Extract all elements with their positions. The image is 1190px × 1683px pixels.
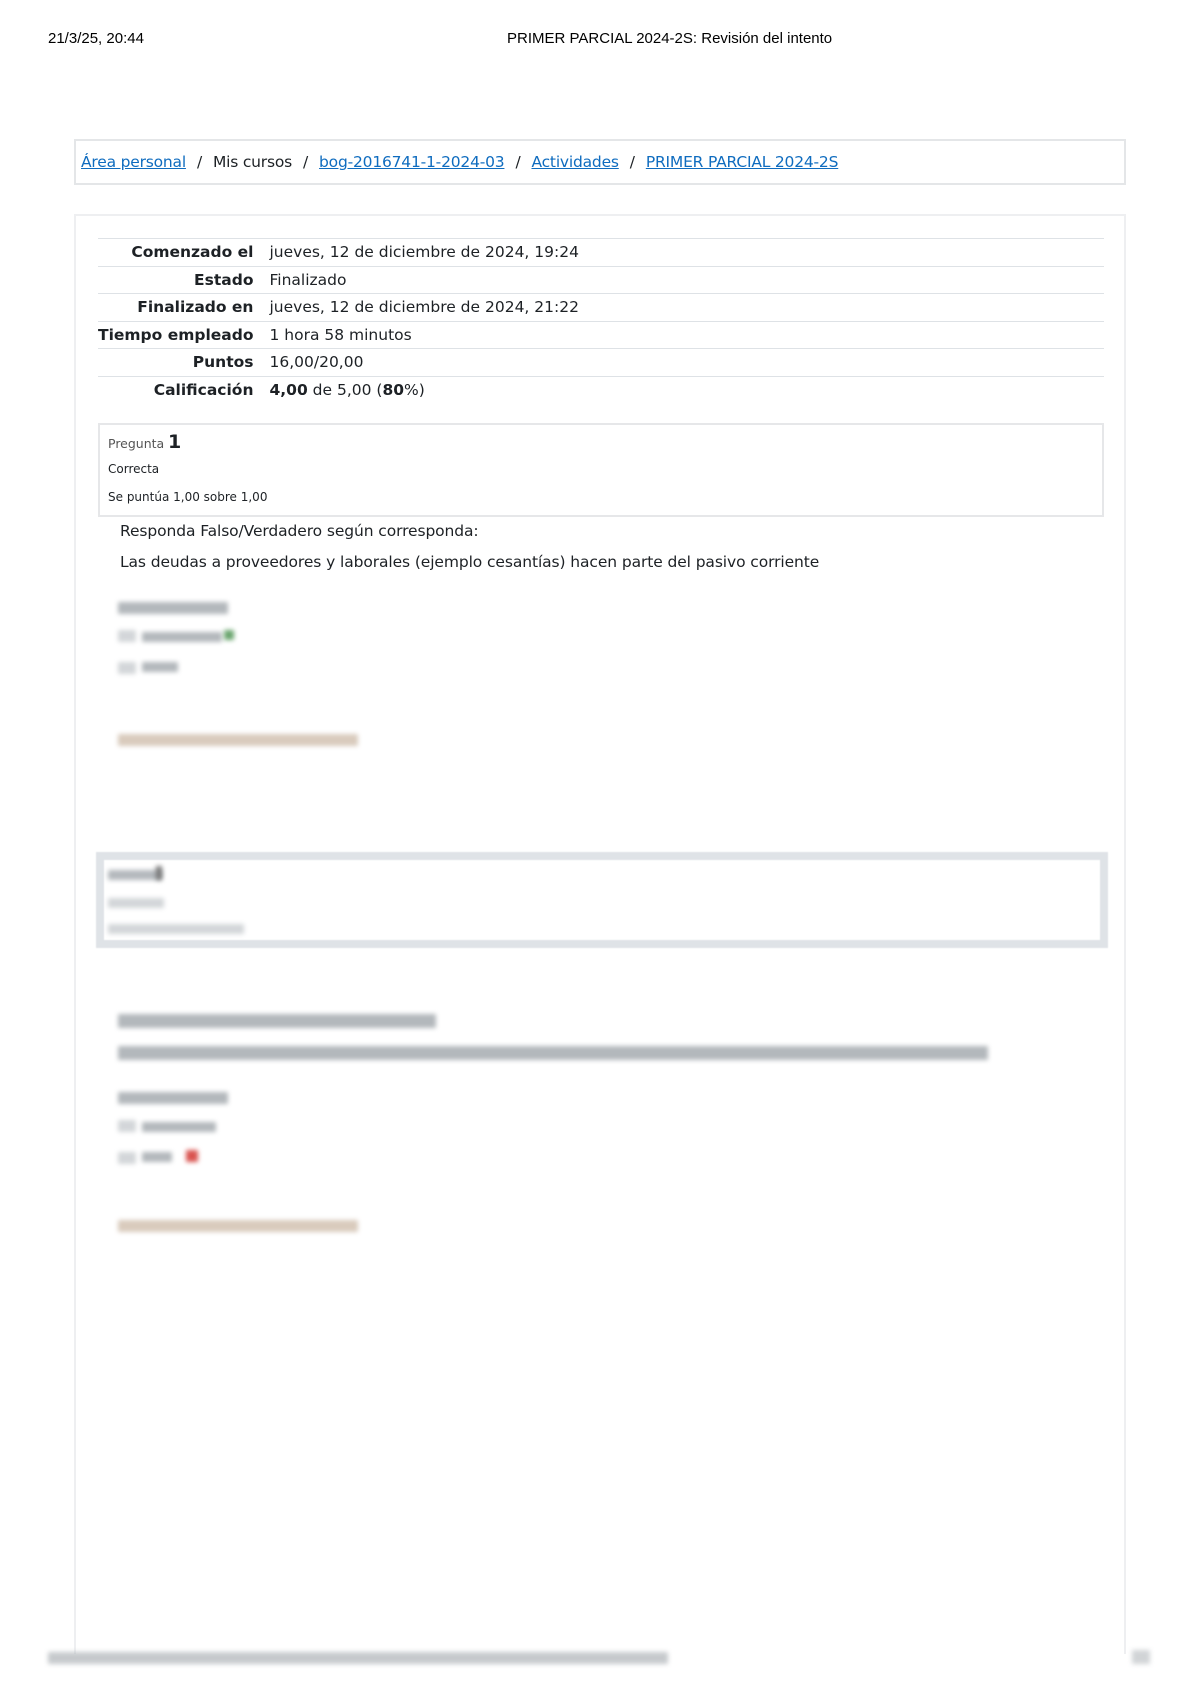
question-number: 1 — [168, 431, 181, 453]
summary-label: Estado — [98, 266, 269, 294]
radio-option-true[interactable] — [118, 630, 136, 642]
breadcrumb-mis-cursos: Mis cursos — [213, 153, 292, 171]
redacted-option-true-label — [142, 632, 222, 642]
print-header: 21/3/25, 20:44 PRIMER PARCIAL 2024-2S: R… — [0, 30, 1190, 50]
redacted-page-number — [1132, 1650, 1150, 1664]
correct-check-icon — [224, 630, 234, 640]
print-page-title: PRIMER PARCIAL 2024-2S: Revisión del int… — [507, 30, 832, 47]
question-score: Se puntúa 1,00 sobre 1,00 — [108, 490, 1102, 504]
attempt-summary-table: Comenzado el jueves, 12 de diciembre de … — [98, 238, 1104, 404]
print-datetime: 21/3/25, 20:44 — [48, 30, 144, 47]
summary-value: 16,00/20,00 — [269, 349, 1104, 377]
breadcrumb-quiz[interactable]: PRIMER PARCIAL 2024-2S — [646, 153, 838, 171]
summary-row-time-taken: Tiempo empleado 1 hora 58 minutos — [98, 321, 1104, 349]
question-1-instruction: Responda Falso/Verdadero según correspon… — [120, 522, 479, 540]
incorrect-x-icon — [186, 1150, 198, 1162]
breadcrumb-separator: / — [303, 153, 308, 171]
breadcrumb-separator: / — [630, 153, 635, 171]
breadcrumb-course[interactable]: bog-2016741-1-2024-03 — [319, 153, 504, 171]
redacted-question-2-statement — [118, 1046, 988, 1060]
summary-value: Finalizado — [269, 266, 1104, 294]
radio-option-true[interactable] — [118, 1120, 136, 1132]
summary-label: Tiempo empleado — [98, 321, 269, 349]
redacted-answer-prompt — [118, 1092, 228, 1104]
summary-label: Calificación — [98, 376, 269, 404]
question-1-statement: Las deudas a proveedores y laborales (ej… — [120, 553, 819, 571]
summary-row-started: Comenzado el jueves, 12 de diciembre de … — [98, 239, 1104, 267]
summary-value: jueves, 12 de diciembre de 2024, 21:22 — [269, 294, 1104, 322]
grade-percent-suffix: %) — [404, 381, 425, 399]
summary-label: Finalizado en — [98, 294, 269, 322]
summary-value: 4,00 de 5,00 (80%) — [269, 376, 1104, 404]
question-status: Correcta — [108, 462, 1102, 476]
summary-value: jueves, 12 de diciembre de 2024, 19:24 — [269, 239, 1104, 267]
question-1-info: Pregunta 1 Correcta Se puntúa 1,00 sobre… — [98, 423, 1104, 517]
grade-percent: 80 — [382, 381, 404, 399]
redacted-option-false-label — [142, 662, 178, 672]
summary-row-marks: Puntos 16,00/20,00 — [98, 349, 1104, 377]
radio-option-false[interactable] — [118, 662, 136, 674]
redacted-option-false-label — [142, 1152, 172, 1162]
redacted-feedback — [118, 1220, 358, 1232]
breadcrumb-area-personal[interactable]: Área personal — [81, 153, 186, 171]
breadcrumb-separator: / — [197, 153, 202, 171]
redacted-question-2-instruction — [118, 1014, 436, 1028]
question-2-info — [96, 852, 1108, 948]
summary-label: Comenzado el — [98, 239, 269, 267]
redacted-feedback — [118, 734, 358, 746]
summary-label: Puntos — [98, 349, 269, 377]
breadcrumb-separator: / — [515, 153, 520, 171]
redacted-footer-url — [48, 1652, 668, 1664]
redacted-option-true-label — [142, 1122, 216, 1132]
summary-row-state: Estado Finalizado — [98, 266, 1104, 294]
redacted-answer-prompt — [118, 602, 228, 614]
question-label: Pregunta — [108, 436, 164, 451]
attempt-review-panel: Comenzado el jueves, 12 de diciembre de … — [74, 214, 1126, 1654]
summary-row-completed: Finalizado en jueves, 12 de diciembre de… — [98, 294, 1104, 322]
radio-option-false[interactable] — [118, 1152, 136, 1164]
breadcrumb-actividades[interactable]: Actividades — [531, 153, 618, 171]
summary-value: 1 hora 58 minutos — [269, 321, 1104, 349]
breadcrumb: Área personal / Mis cursos / bog-2016741… — [74, 139, 1126, 185]
grade-value: 4,00 — [269, 381, 307, 399]
grade-of: de 5,00 ( — [308, 381, 383, 399]
summary-row-grade: Calificación 4,00 de 5,00 (80%) — [98, 376, 1104, 404]
